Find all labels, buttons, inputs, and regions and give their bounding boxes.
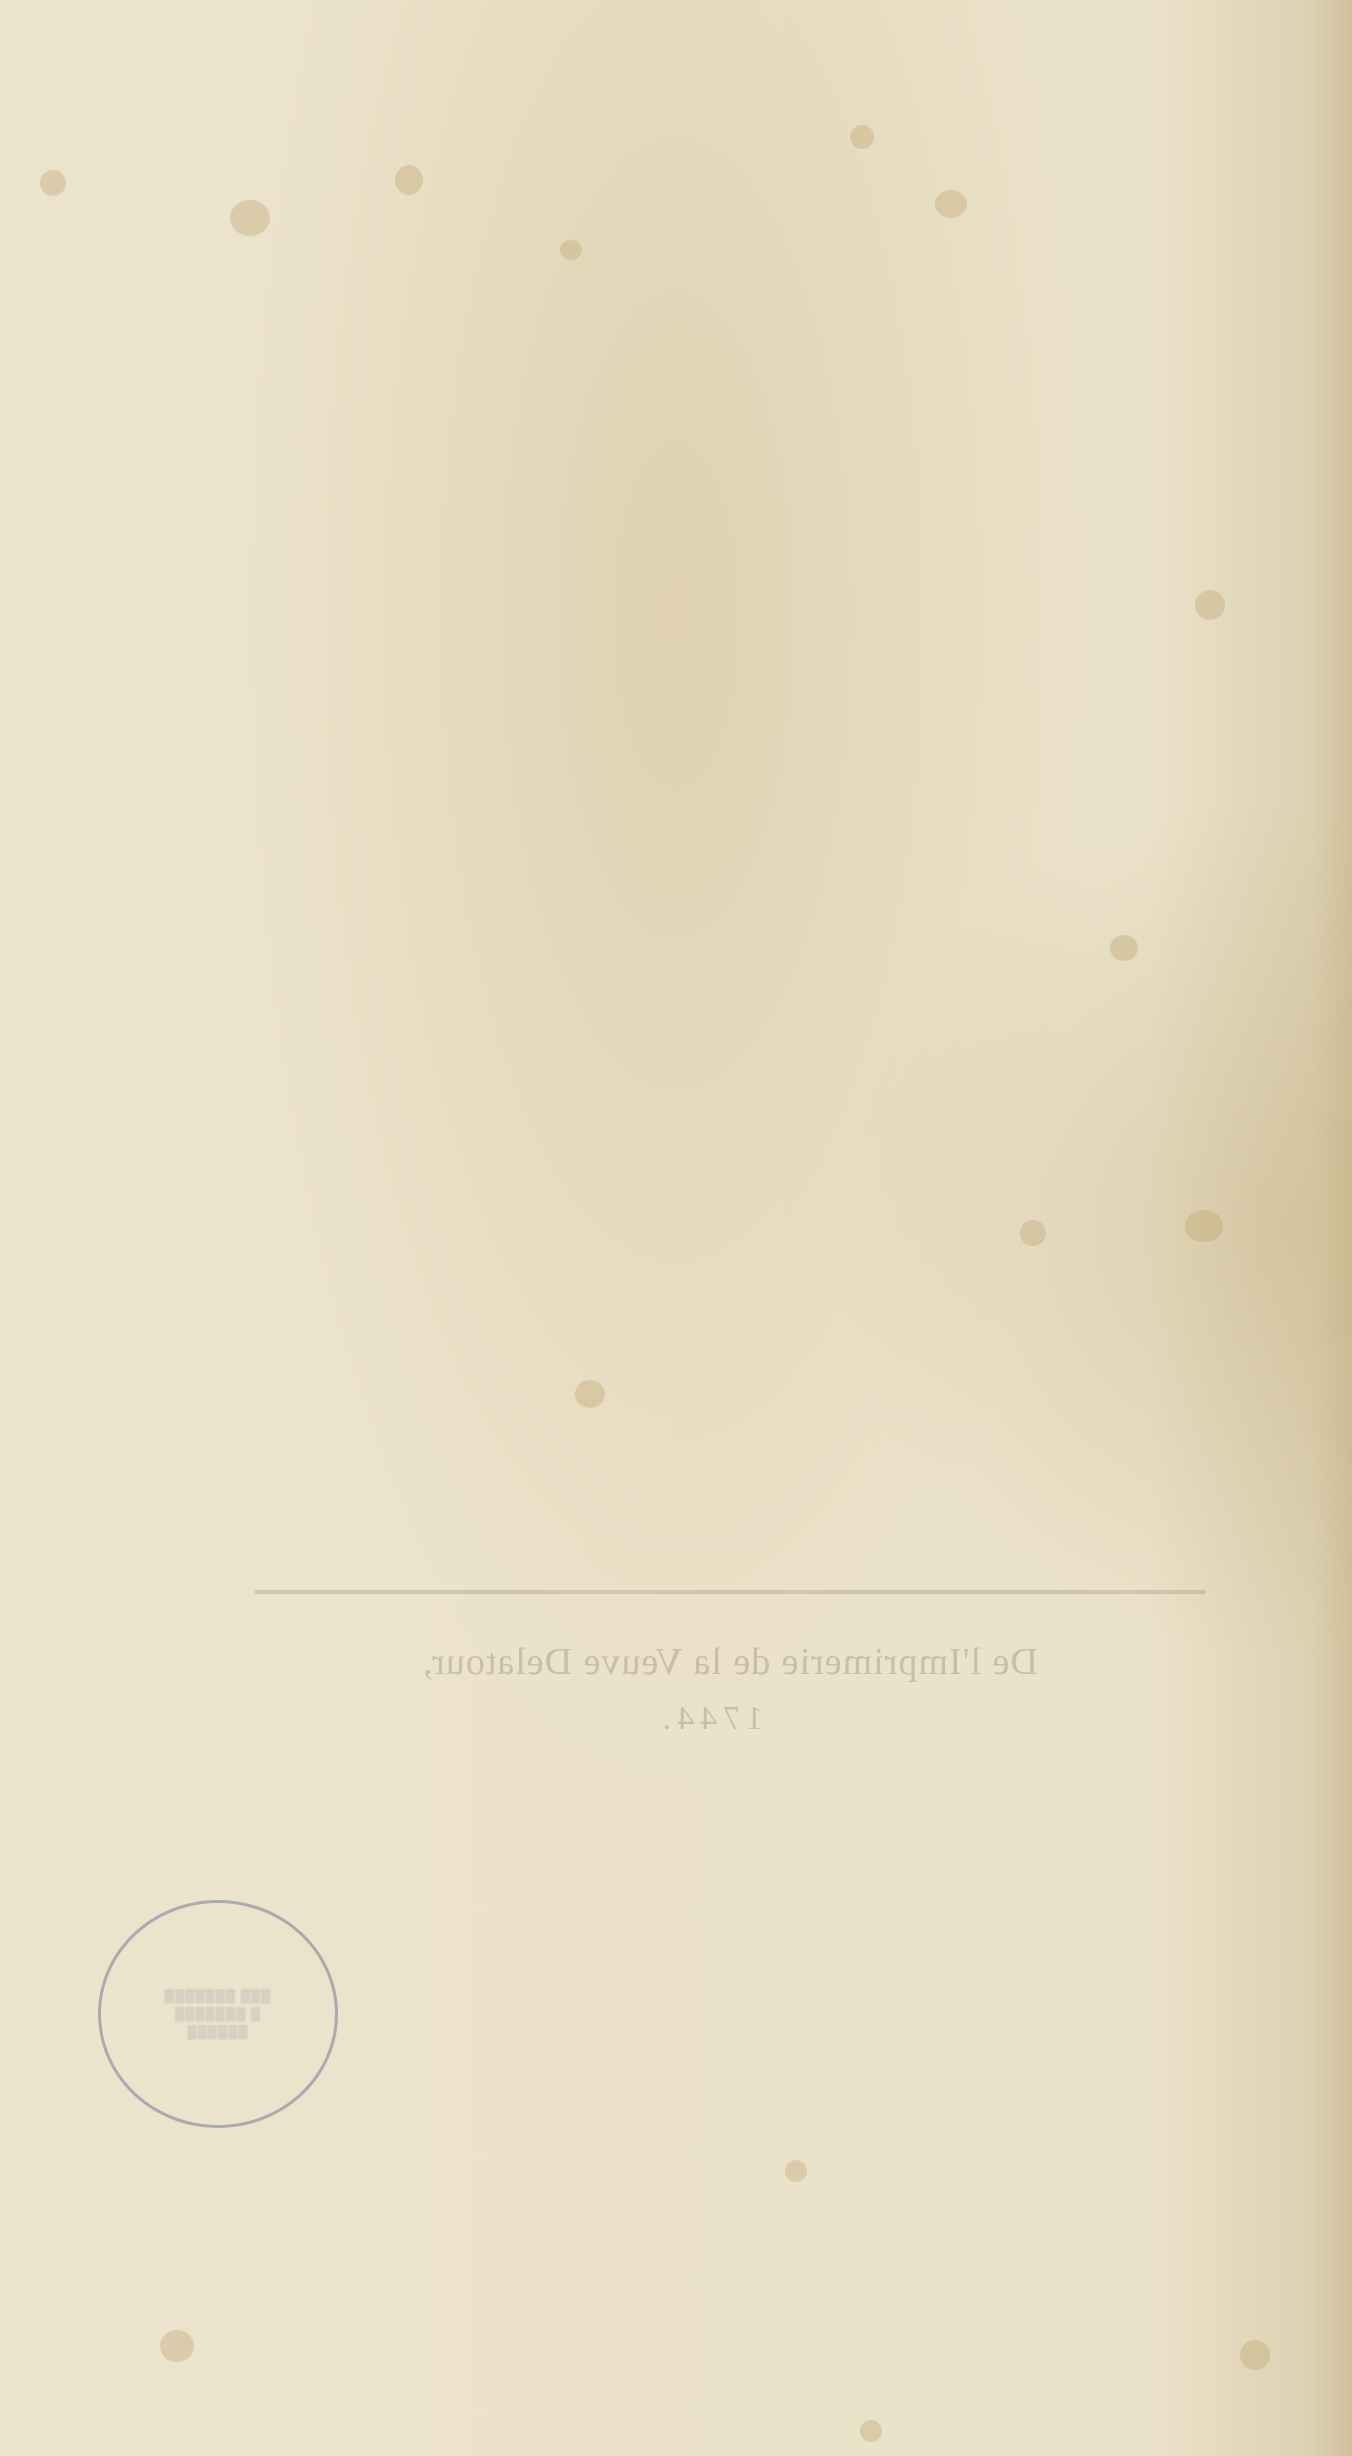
foxing-spot (395, 165, 423, 195)
stamp-line: ▒▒▒▒▒▒▒ ▒▒▒ (165, 1987, 272, 2005)
foxing-spot (160, 2330, 194, 2362)
foxing-spot (1110, 935, 1138, 961)
foxing-spot (560, 240, 582, 260)
foxing-spot (1020, 1220, 1046, 1246)
foxing-spot (1195, 590, 1225, 620)
stamp-line: ▒▒▒▒▒▒ (187, 2023, 248, 2041)
foxing-spot (935, 190, 967, 218)
imprint-year: 1744. (560, 1700, 860, 1738)
document-page: De l'Imprimerie de la Veuve Delatour, 17… (0, 0, 1352, 2456)
library-stamp: ▒▒▒▒▒▒▒ ▒▒▒ ▒▒▒▒▒▒▒ ▒ ▒▒▒▒▒▒ (98, 1900, 338, 2128)
imprint-line: De l'Imprimerie de la Veuve Delatour, (230, 1640, 1230, 1684)
horizontal-rule (255, 1590, 1205, 1594)
foxing-spot (1185, 1210, 1223, 1242)
foxing-spot (850, 125, 874, 149)
stamp-line: ▒▒▒▒▒▒▒ ▒ (175, 2005, 261, 2023)
foxing-spot (785, 2160, 807, 2182)
foxing-spot (575, 1380, 605, 1408)
foxing-spot (860, 2420, 882, 2442)
foxing-spot (1240, 2340, 1270, 2370)
foxing-spot (40, 170, 66, 196)
foxing-spot (230, 200, 270, 236)
